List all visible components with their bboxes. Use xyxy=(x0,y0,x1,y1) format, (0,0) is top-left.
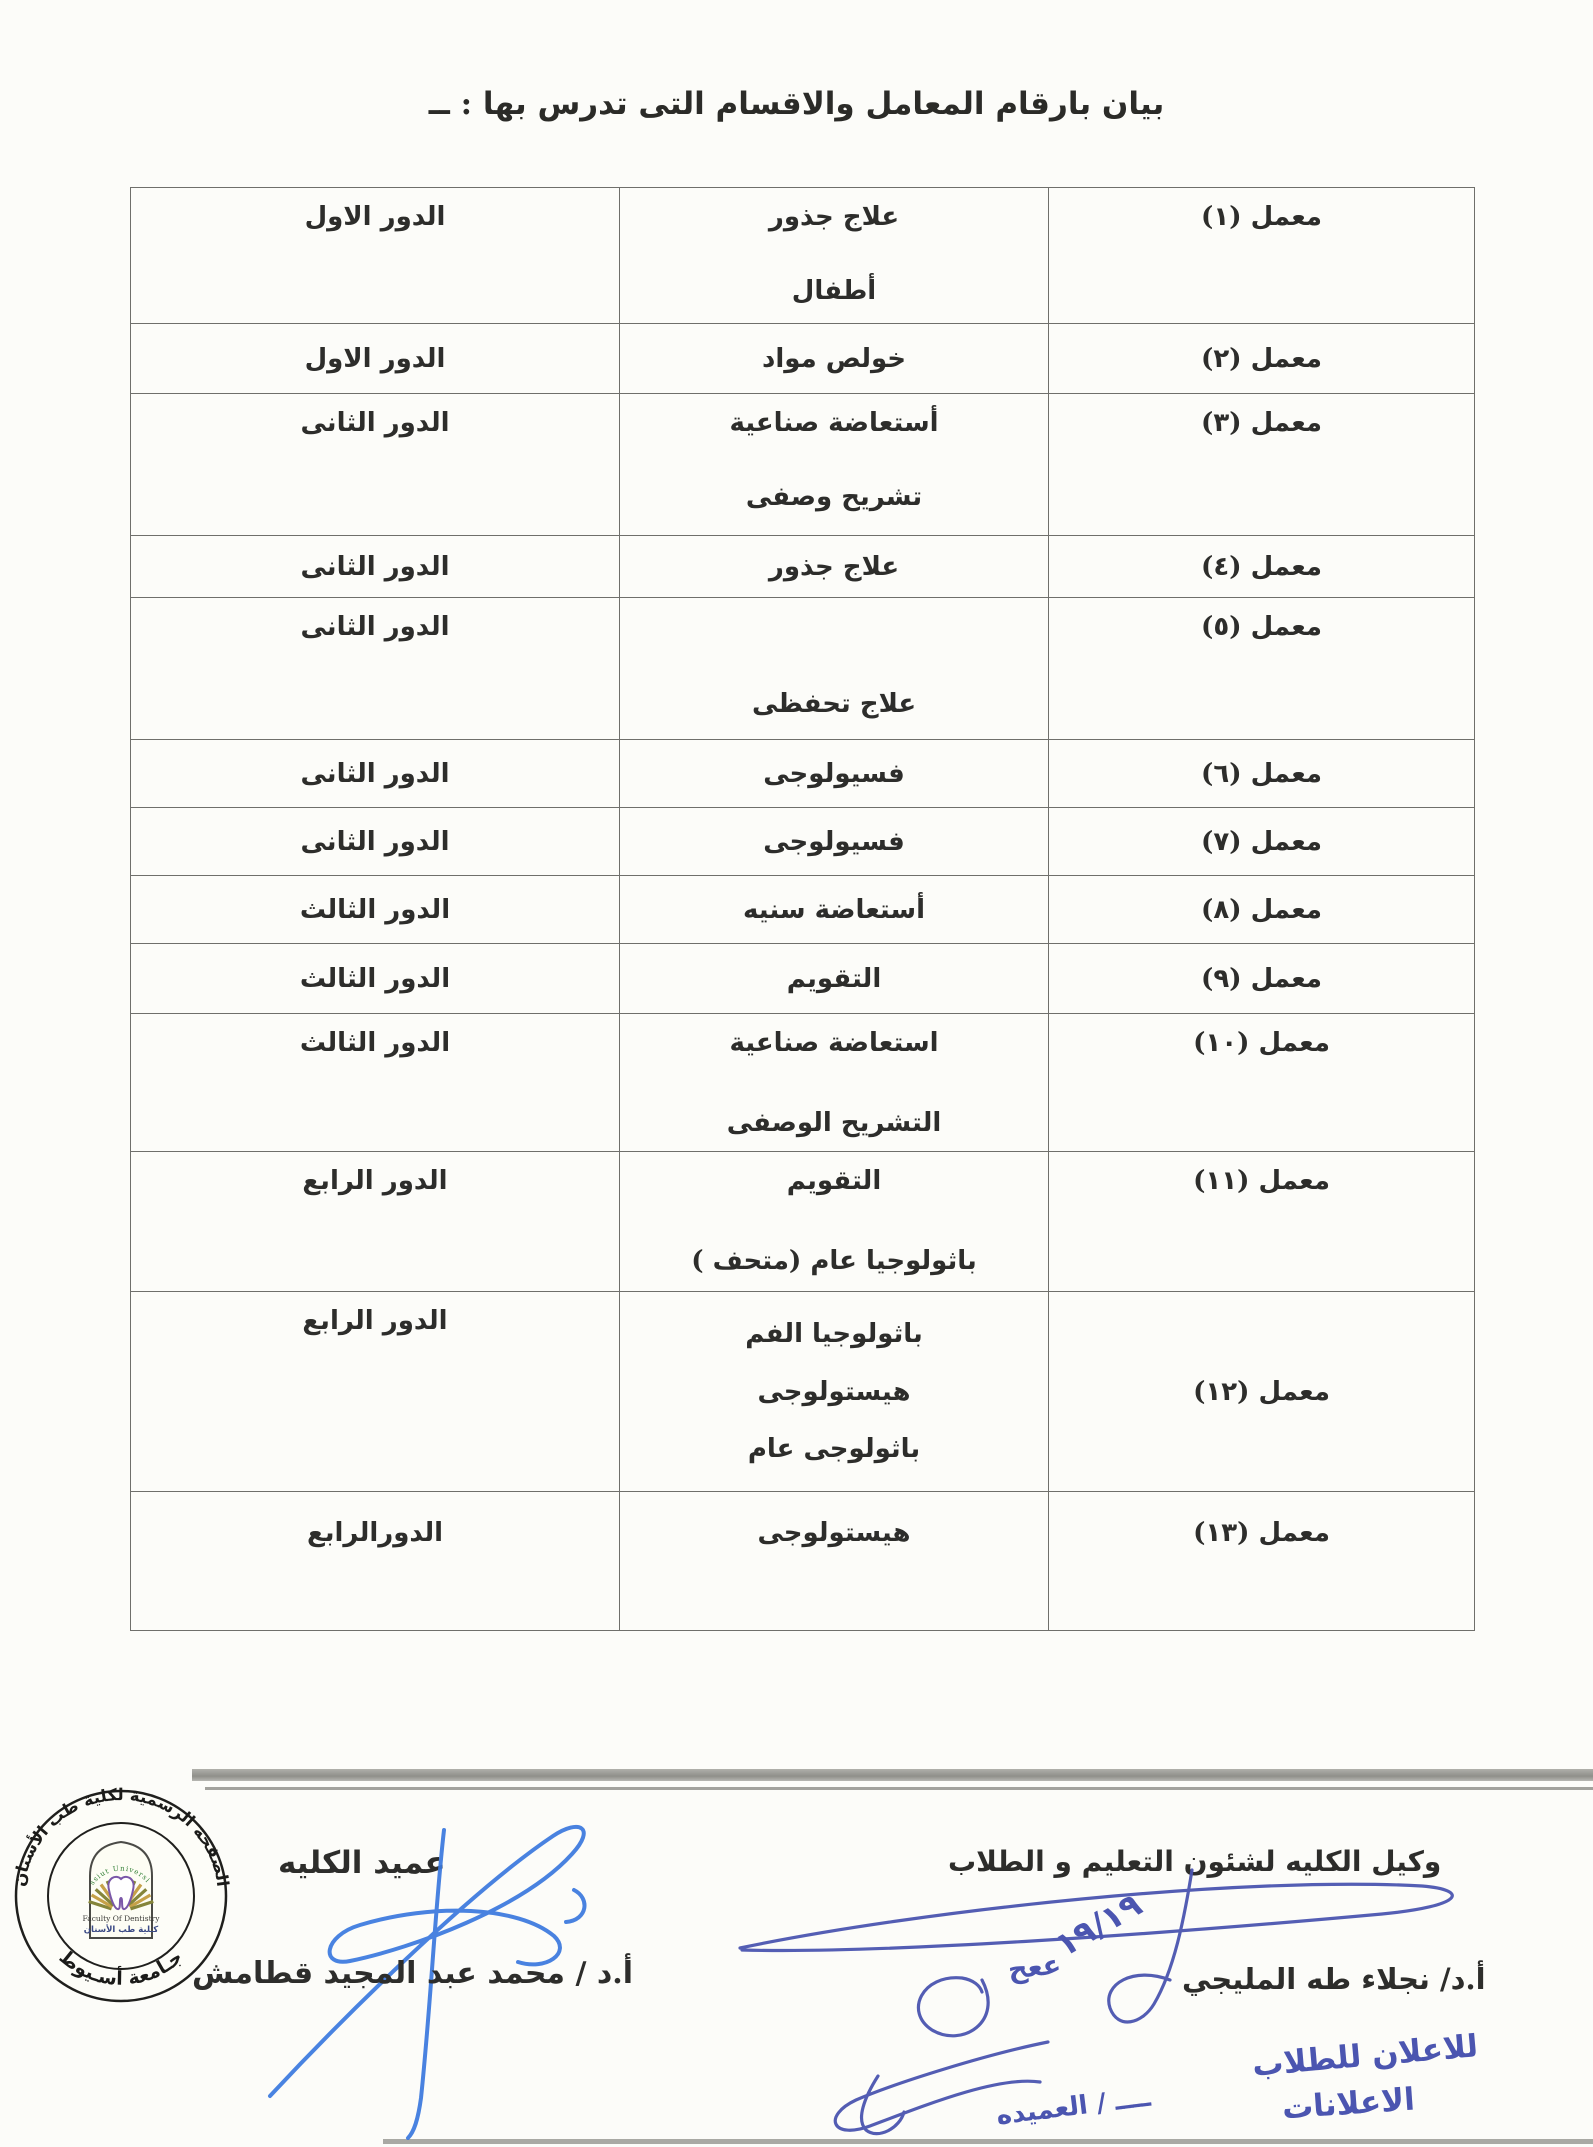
subject-label: استعاضة صناعية xyxy=(729,1028,938,1058)
labs-table: الدور الاول علاج جذورأطفال معمل (١) الدو… xyxy=(130,187,1475,1631)
lab-number-cell: معمل (١٣) xyxy=(1049,1492,1474,1630)
lab-number-label: معمل (٤) xyxy=(1201,552,1322,582)
dean-name: أ.د / محمد عبد المجيد قطامش xyxy=(192,1956,633,1991)
lab-number-label: معمل (٧) xyxy=(1201,827,1322,857)
bottom-signature-swirl xyxy=(808,2024,1063,2142)
table-row: الدور الثانى علاج تحفظى معمل (٥) xyxy=(131,597,1474,739)
table-row: الدور الرابع التقويمباثولوجيا عام (متحف … xyxy=(131,1151,1474,1291)
floor-label: الدور الثانى xyxy=(301,759,450,789)
floor-cell: الدور الثالث xyxy=(131,1014,619,1151)
signature-scribble: ععح xyxy=(1007,1949,1063,1985)
subject-label: خولص مواد xyxy=(762,344,906,374)
subject-label: باثولوجى عام xyxy=(748,1434,920,1464)
lab-number-label: معمل (٣) xyxy=(1201,408,1322,438)
page-title: بيان بارقام المعامل والاقسام التى تدرس ب… xyxy=(0,86,1593,122)
subject-label: علاج جذور xyxy=(769,202,899,232)
table-row: الدور الثالث أستعاضة سنيه معمل (٨) xyxy=(131,875,1474,943)
floor-cell: الدور الثانى xyxy=(131,394,619,535)
table-row: الدور الثانى فسيولوجى معمل (٦) xyxy=(131,739,1474,807)
lab-number-cell: معمل (١١) xyxy=(1049,1152,1474,1291)
lab-number-label: معمل (١١) xyxy=(1193,1166,1330,1196)
lab-number-cell: معمل (٧) xyxy=(1049,808,1474,875)
lab-number-cell: معمل (٥) xyxy=(1049,598,1474,739)
stamp-emblem-text-en: Faculty Of Dentistry xyxy=(83,1914,161,1923)
handwritten-note-line2: الاعلانات xyxy=(1281,2081,1416,2126)
floor-cell: الدور الثالث xyxy=(131,944,619,1013)
subject-label: أستعاضة صناعية xyxy=(729,408,938,438)
table-row: الدور الثالث استعاضة صناعيةالتشريح الوصف… xyxy=(131,1013,1474,1151)
floor-label: الدور الثالث xyxy=(300,1028,450,1058)
lab-number-cell: معمل (٦) xyxy=(1049,740,1474,807)
floor-label: الدور الرابع xyxy=(302,1306,447,1336)
floor-cell: الدور الثانى xyxy=(131,536,619,597)
lab-number-label: معمل (٢) xyxy=(1201,344,1322,374)
subject-label: هيستولوجى xyxy=(757,1377,910,1407)
subject-label: تشريح وصفى xyxy=(746,482,922,512)
subject-cell: باثولوجيا الفمهيستولوجىباثولوجى عام xyxy=(619,1292,1049,1491)
subject-cell: أستعاضة سنيه xyxy=(619,876,1049,943)
lab-number-cell: معمل (١) xyxy=(1049,188,1474,323)
floor-cell: الدور الاول xyxy=(131,188,619,323)
floor-label: الدور الثانى xyxy=(301,827,450,857)
subject-cell: التقويمباثولوجيا عام (متحف ) xyxy=(619,1152,1049,1291)
lab-number-cell: معمل (٤) xyxy=(1049,536,1474,597)
floor-label: الدورالرابع xyxy=(307,1518,443,1548)
subject-cell: علاج تحفظى xyxy=(619,598,1049,739)
table-row: الدورالرابع هيستولوجى معمل (١٣) xyxy=(131,1491,1474,1630)
table-row: الدور الثالث التقويم معمل (٩) xyxy=(131,943,1474,1013)
subject-cell: التقويم xyxy=(619,944,1049,1013)
lab-number-cell: معمل (٩) xyxy=(1049,944,1474,1013)
vice-dean-name: أ.د/ نجلاء طه المليجي xyxy=(1182,1962,1486,1996)
subject-cell: أستعاضة صناعيةتشريح وصفى xyxy=(619,394,1049,535)
floor-cell: الدورالرابع xyxy=(131,1492,619,1630)
subject-cell: فسيولوجى xyxy=(619,808,1049,875)
subject-cell: علاج جذورأطفال xyxy=(619,188,1049,323)
lab-number-cell: معمل (٢) xyxy=(1049,324,1474,393)
subject-cell: هيستولوجى xyxy=(619,1492,1049,1630)
subject-cell: فسيولوجى xyxy=(619,740,1049,807)
subject-label: التقويم xyxy=(787,1166,881,1196)
floor-cell: الدور الثالث xyxy=(131,876,619,943)
subject-label: فسيولوجى xyxy=(763,827,905,857)
scan-fold-bar xyxy=(192,1769,1593,1781)
table-row: الدور الثانى علاج جذور معمل (٤) xyxy=(131,535,1474,597)
floor-label: الدور الرابع xyxy=(302,1166,447,1196)
stamp-emblem-text-ar: كـلية طب الأسنان xyxy=(84,1924,158,1935)
floor-label: الدور الثانى xyxy=(301,612,450,642)
subject-label: باثولوجيا عام (متحف ) xyxy=(691,1246,977,1276)
table-row: الدور الاول خولص مواد معمل (٢) xyxy=(131,323,1474,393)
table-row: الدور الاول علاج جذورأطفال معمل (١) xyxy=(131,188,1474,323)
floor-label: الدور الثالث xyxy=(300,895,450,925)
subject-label: التقويم xyxy=(787,964,881,994)
floor-cell: الدور الرابع xyxy=(131,1292,619,1491)
lab-number-cell: معمل (٨) xyxy=(1049,876,1474,943)
subject-cell: استعاضة صناعيةالتشريح الوصفى xyxy=(619,1014,1049,1151)
table-row: الدور الثانى فسيولوجى معمل (٧) xyxy=(131,807,1474,875)
floor-cell: الدور الثانى xyxy=(131,808,619,875)
table-row: الدور الثانى أستعاضة صناعيةتشريح وصفى مع… xyxy=(131,393,1474,535)
subject-cell: خولص مواد xyxy=(619,324,1049,393)
floor-label: الدور الاول xyxy=(305,344,446,374)
subject-label: أستعاضة سنيه xyxy=(743,895,925,925)
subject-label: فسيولوجى xyxy=(763,759,905,789)
lab-number-label: معمل (١) xyxy=(1201,202,1322,232)
floor-label: الدور الاول xyxy=(305,202,446,232)
subject-label: علاج جذور xyxy=(769,552,899,582)
lab-number-label: معمل (٩) xyxy=(1201,964,1322,994)
scan-fold-line xyxy=(205,1787,1593,1790)
floor-cell: الدور الرابع xyxy=(131,1152,619,1291)
floor-label: الدور الثانى xyxy=(301,408,450,438)
floor-label: الدور الثانى xyxy=(301,552,450,582)
lab-number-cell: معمل (٣) xyxy=(1049,394,1474,535)
lab-number-label: معمل (٦) xyxy=(1201,759,1322,789)
table-row: الدور الرابع باثولوجيا الفمهيستولوجىباثو… xyxy=(131,1291,1474,1491)
lab-number-label: معمل (١٠) xyxy=(1193,1028,1330,1058)
floor-cell: الدور الثانى xyxy=(131,598,619,739)
lab-number-cell: معمل (١٠) xyxy=(1049,1014,1474,1151)
floor-cell: الدور الثانى xyxy=(131,740,619,807)
subject-label: هيستولوجى xyxy=(757,1518,910,1548)
subject-label: أطفال xyxy=(792,276,876,306)
lab-number-label: معمل (٨) xyxy=(1201,895,1322,925)
floor-cell: الدور الاول xyxy=(131,324,619,393)
scanned-document-page: { "title": "بيان بارقام المعامل والاقسام… xyxy=(0,0,1593,2147)
subject-label: علاج تحفظى xyxy=(752,689,916,719)
lab-number-cell: معمل (١٢) xyxy=(1049,1292,1474,1491)
lab-number-label: معمل (١٣) xyxy=(1193,1518,1330,1548)
lab-number-label: معمل (٥) xyxy=(1201,612,1322,642)
subject-label: باثولوجيا الفم xyxy=(745,1319,923,1349)
subject-cell: علاج جذور xyxy=(619,536,1049,597)
floor-label: الدور الثالث xyxy=(300,964,450,994)
subject-label: التشريح الوصفى xyxy=(727,1108,942,1138)
lab-number-label: معمل (١٢) xyxy=(1193,1377,1330,1407)
